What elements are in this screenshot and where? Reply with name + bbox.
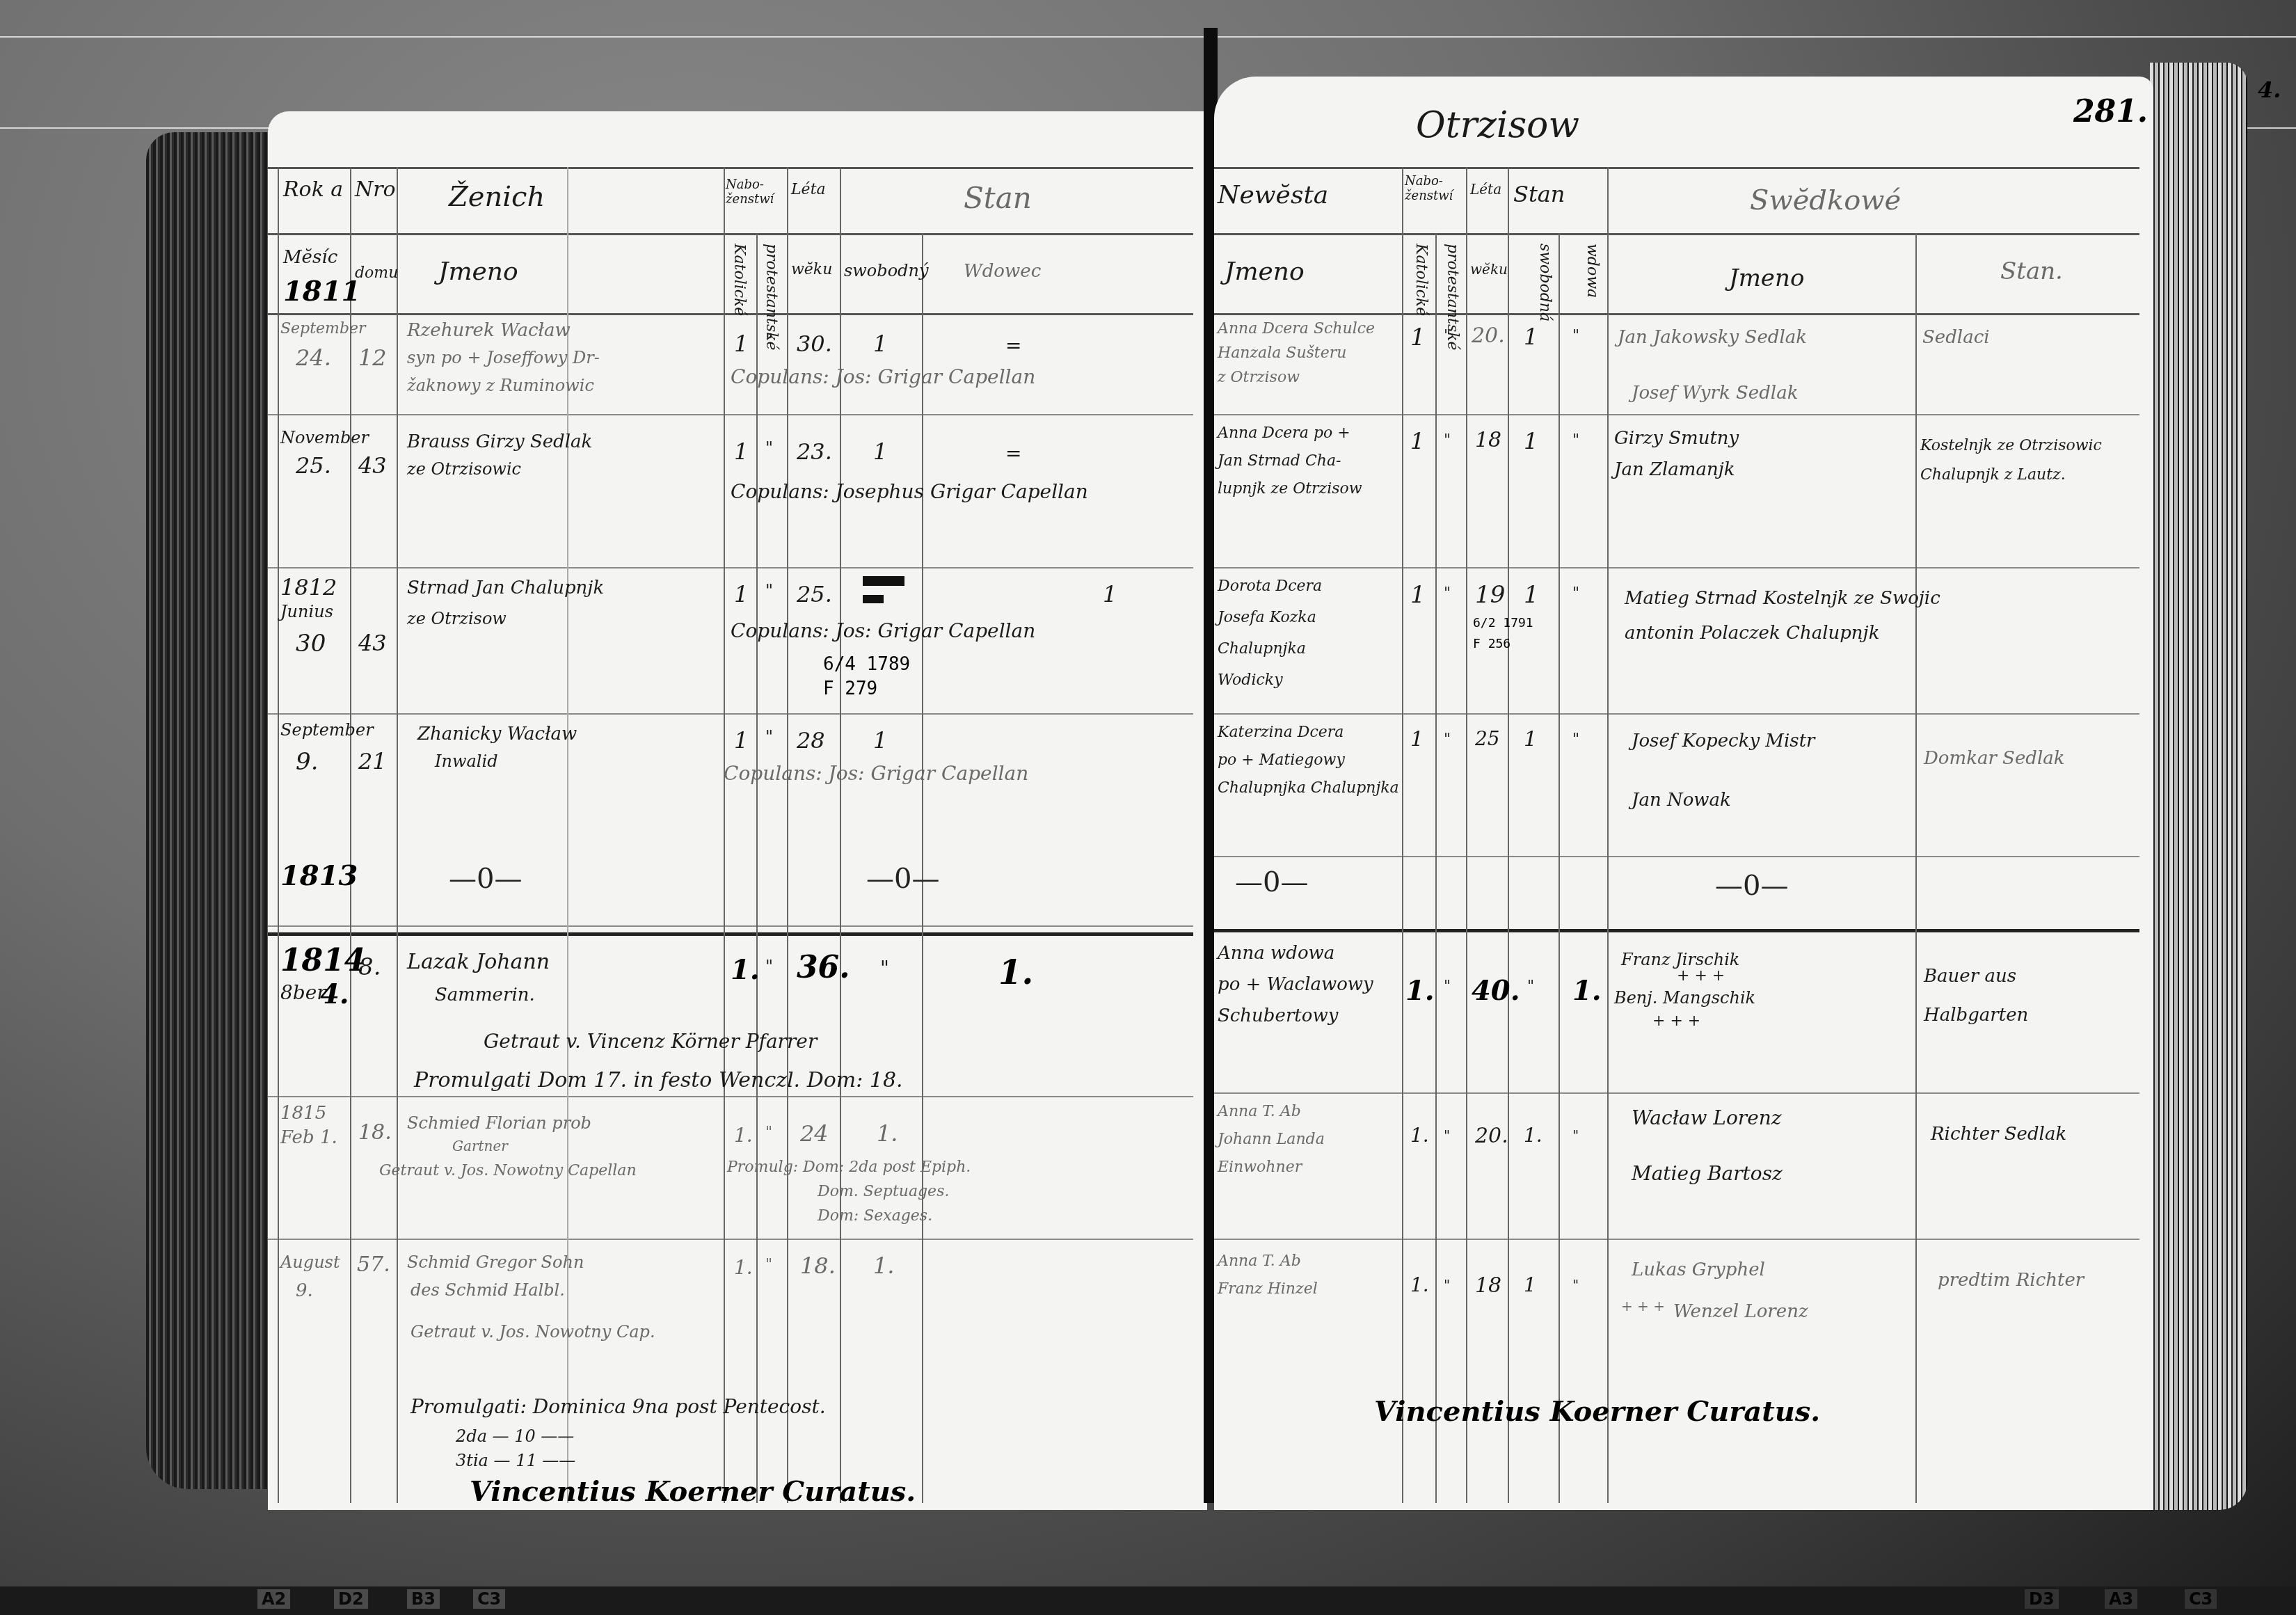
- header-vdovec: Wdowec: [964, 261, 1041, 282]
- header-rule: [1214, 167, 2139, 169]
- entry-annotation: 6/2 1791: [1473, 616, 1533, 630]
- entry-officiant: Copulans: Josephus Grigar Capellan: [731, 480, 1088, 503]
- entry-witness-status: predtim Richter: [1938, 1259, 2119, 1301]
- header-stav: Stan: [1513, 181, 1565, 207]
- empty-marker: —0—: [1715, 870, 1788, 902]
- entry-age: 25: [1475, 727, 1500, 750]
- entry-note: Promulg: Dom: 2da post Epiph.: [727, 1159, 971, 1176]
- entry-single: 1: [873, 331, 887, 357]
- film-mark: A2: [257, 1589, 290, 1609]
- entry-witness-status: Richter Sedlak: [1931, 1106, 2098, 1162]
- entry-year: 1812: [280, 574, 337, 600]
- entry-groom-line: des Schmid Halbl.: [410, 1280, 565, 1300]
- header-svobodny: swobodný: [844, 261, 929, 280]
- entry-bride-line: po + Matiegowy: [1218, 751, 1345, 769]
- entry-age: 18.: [800, 1252, 836, 1279]
- column-rule: [1466, 167, 1467, 1503]
- header-svedek-jmeno: Jmeno: [1729, 264, 1804, 292]
- header-rule: [1214, 233, 2139, 235]
- entry-month: September: [280, 320, 366, 337]
- entry-year: 1813: [280, 859, 358, 892]
- empty-marker: —0—: [866, 863, 939, 895]
- entry-bride-line: Anna T. Ab: [1218, 1103, 1301, 1120]
- entry-bride-line: Jan Strnad Cha-: [1218, 452, 1341, 470]
- entry-groom-line: Lazak Johann: [407, 950, 550, 974]
- header-mesic: Mĕsíc: [283, 247, 337, 268]
- scan-artifact-line: [0, 36, 2296, 38]
- row-rule: [268, 713, 1193, 715]
- entry-catholic: 1: [1410, 727, 1424, 751]
- entry-protestant: ": [1444, 978, 1451, 995]
- entry-house-no: 18.: [358, 1120, 392, 1145]
- entry-groom-line: Rzehurek Wacław: [407, 320, 571, 341]
- header-katolicke: Katolické: [731, 244, 748, 316]
- header-svobodna: swobodná: [1536, 244, 1554, 321]
- struck-out-mark: [863, 595, 884, 603]
- entry-groom-line: žaknowy z Ruminowic: [407, 376, 594, 395]
- entry-groom-line: ze Otrzisow: [407, 609, 507, 628]
- row-rule: [268, 1239, 1193, 1240]
- entry-witness: Jan Zlamanjk: [1614, 459, 1735, 480]
- entry-bride-line: lupnjk ze Otrzisow: [1218, 480, 1362, 498]
- entry-note: Promulgati: Dominica 9na post Pentecost.: [410, 1395, 826, 1418]
- entry-officiant: Copulans: Jos: Grigar Capellan: [731, 619, 1035, 642]
- entry-witness-status: Domkar Sedlak: [1924, 731, 2119, 786]
- page-number: 281.: [2073, 94, 2148, 129]
- microfilm-strip: A2 D2 B3 C3 D3 A3 C3: [0, 1586, 2296, 1615]
- entry-month: September: [280, 720, 374, 740]
- entry-groom-line: Brauss Girzy Sedlak: [407, 431, 592, 452]
- entry-catholic: 1: [1410, 428, 1424, 454]
- entry-age: 20.: [1472, 324, 1505, 348]
- column-rule: [756, 233, 758, 1503]
- entry-protestant: ": [1444, 1277, 1450, 1294]
- witness-cross-marks: + + +: [1652, 1012, 1700, 1030]
- entry-note: Dom. Septuages.: [818, 1183, 949, 1200]
- header-year: 1811: [283, 275, 360, 308]
- entry-groom-line: Strnad Jan Chalupnjk: [407, 578, 604, 598]
- column-rule: [1558, 233, 1560, 1503]
- entry-catholic: 1.: [734, 1124, 753, 1147]
- row-rule: [1214, 567, 2139, 568]
- entry-single: 1: [1524, 1273, 1536, 1296]
- entry-widow: ": [1572, 731, 1579, 748]
- entry-month: August: [280, 1252, 340, 1272]
- right-page: Otrzisow 281. Newĕsta Jmeno Nabo-ženstwí…: [1214, 77, 2153, 1510]
- entry-witness-status: Bauer aus Halbgarten: [1924, 957, 2105, 1035]
- entry-catholic: 1.: [731, 953, 760, 986]
- entry-bride-line: Josefa Kozka: [1218, 609, 1316, 626]
- entry-bride-line: z Otrzisow: [1218, 369, 1300, 386]
- entry-single: 1: [873, 438, 887, 465]
- entry-age: 25.: [797, 581, 832, 607]
- entry-catholic: 1: [1410, 581, 1426, 609]
- header-rule: [268, 167, 1193, 169]
- column-rule: [1607, 167, 1609, 1503]
- header-leta: Léta: [791, 181, 826, 198]
- entry-year: 1815: [280, 1103, 326, 1124]
- entry-groom-line: syn po + Joseffowy Dr-: [407, 348, 600, 367]
- entry-widower: 1: [1103, 581, 1117, 607]
- entry-bride-line: Chalupnjka: [1218, 640, 1306, 658]
- curate-signature: Vincentius Koerner Curatus.: [1374, 1395, 1820, 1428]
- entry-note: 3tia — 11 ——: [456, 1451, 575, 1470]
- header-leta: Léta: [1470, 181, 1501, 198]
- column-rule: [1508, 167, 1509, 1503]
- witness-cross-marks: + + +: [1677, 967, 1725, 985]
- column-rule: [1402, 167, 1403, 1503]
- column-rule: [567, 167, 568, 1503]
- film-mark: A3: [2105, 1589, 2137, 1609]
- entry-protestant: ": [765, 438, 773, 458]
- entry-protestant: ": [1444, 1127, 1450, 1144]
- entry-bride-line: Katerzina Dcera: [1218, 724, 1344, 741]
- entry-age: 20.: [1475, 1124, 1508, 1148]
- column-rule: [724, 167, 725, 1503]
- entry-single: 1.: [1524, 1124, 1542, 1147]
- entry-age: 18: [1475, 1273, 1501, 1298]
- edge-mark: 4.: [2258, 77, 2281, 103]
- entry-catholic: 1: [1410, 324, 1426, 351]
- entry-witness: Lukas Gryphel: [1632, 1259, 1765, 1280]
- header-stav: Stan: [964, 181, 1032, 215]
- header-zenich: Ženich: [449, 181, 545, 213]
- entry-catholic: 1.: [1405, 974, 1435, 1007]
- entry-note: Getraut v. Jos. Nowotny Cap.: [410, 1322, 655, 1342]
- entry-protestant: ": [765, 581, 773, 600]
- row-rule: [1214, 414, 2139, 415]
- entry-groom-line: Sammerin.: [435, 985, 535, 1005]
- entry-widow: ": [1572, 1277, 1579, 1294]
- entry-day: 4.: [320, 978, 349, 1010]
- entry-widower: 1.: [998, 953, 1033, 992]
- entry-catholic: 1.: [1410, 1273, 1429, 1296]
- entry-house-no: 12: [358, 344, 387, 371]
- entry-groom-line: ze Otrzisowic: [407, 459, 521, 479]
- header-rule: [268, 233, 1193, 235]
- entry-note: 2da — 10 ——: [456, 1426, 574, 1446]
- entry-bride-line: Schubertowy: [1218, 1005, 1338, 1026]
- row-rule: [1214, 1092, 2139, 1094]
- entry-protestant: ": [1444, 731, 1451, 748]
- entry-single: 1: [873, 727, 887, 754]
- entry-protestant: ": [765, 1124, 772, 1141]
- entry-witness: Wacław Lorenz: [1632, 1106, 1782, 1129]
- entry-groom-line: Gartner: [452, 1138, 508, 1154]
- header-jmeno: Jmeno: [1225, 257, 1305, 286]
- witness-cross-marks: + + +: [1621, 1298, 1665, 1314]
- entry-age: 24: [800, 1120, 829, 1147]
- entry-single: 1: [1524, 581, 1539, 609]
- entry-witness: Matieg Strnad Kostelnjk ze Swojic: [1625, 588, 1940, 609]
- entry-witness: Benj. Mangschik: [1614, 988, 1755, 1008]
- entry-annotation: F 279: [823, 678, 877, 699]
- entry-widow: ": [1572, 584, 1579, 602]
- entry-groom-line: Schmid Gregor Sohn: [407, 1252, 584, 1272]
- column-rule: [1435, 233, 1437, 1503]
- film-mark: C3: [2185, 1589, 2217, 1609]
- entry-house-no: 8.: [358, 953, 381, 981]
- left-page: Rok a Mĕsíc 1811 Nro domu Ženich Jmeno N…: [268, 111, 1207, 1510]
- film-mark: C3: [473, 1589, 505, 1609]
- entry-note: Promulgati Dom 17. in festo Wenczl. Dom:…: [414, 1068, 903, 1092]
- entry-protestant: ": [765, 1256, 772, 1273]
- entry-catholic: 1.: [734, 1256, 753, 1279]
- entry-house-no: 43: [358, 452, 387, 479]
- entry-month: November: [280, 428, 369, 447]
- header-veku: wĕku: [791, 261, 832, 278]
- entry-protestant: ": [1444, 431, 1451, 449]
- entry-annotation: F 256: [1473, 637, 1510, 651]
- entry-protestant: ": [765, 957, 773, 976]
- entry-groom-line: Schmied Florian prob: [407, 1113, 591, 1133]
- entry-groom-line: Zhanicky Wacław: [417, 724, 577, 745]
- entry-bride-line: Einwohner: [1218, 1159, 1302, 1176]
- film-mark: B3: [407, 1589, 440, 1609]
- entry-protestant: ": [765, 727, 773, 747]
- entry-bride-line: Dorota Dcera: [1218, 578, 1322, 595]
- header-nabozenstvi: Nabo-ženstwí: [726, 177, 785, 207]
- entry-age: 23.: [797, 438, 832, 465]
- row-rule: [268, 1096, 1193, 1097]
- entry-single: 1: [1524, 428, 1538, 454]
- entry-witness: antonin Polaczek Chalupnjk: [1625, 623, 1879, 644]
- entry-bride-line: Franz Hinzel: [1218, 1280, 1318, 1298]
- entry-bride-line: Chalupnjka Chalupnjka: [1218, 779, 1399, 797]
- row-rule: [1214, 929, 2139, 932]
- column-rule: [350, 167, 351, 1503]
- entry-bride-line: Anna wdowa: [1218, 943, 1334, 964]
- entry-catholic: 1: [734, 438, 748, 465]
- header-svedkove: Swĕdkowé: [1750, 184, 1901, 216]
- header-nabozenstvi: Nabo-ženstwí: [1405, 174, 1464, 203]
- header-katolicke: Katolické: [1412, 244, 1430, 316]
- entry-year: 1814: [280, 943, 365, 978]
- struck-out-mark: [863, 576, 904, 586]
- book-fore-edge-right: [2150, 63, 2247, 1510]
- entry-widower: =: [1005, 334, 1021, 357]
- header-nevesta: Newĕsta: [1218, 181, 1328, 209]
- entry-bride-line: Anna Dcera Schulce: [1218, 320, 1375, 337]
- entry-groom-line: Inwalid: [435, 751, 498, 771]
- entry-age: 30.: [797, 331, 832, 357]
- entry-catholic: 1: [734, 727, 748, 754]
- row-rule: [1214, 1239, 2139, 1240]
- header-veku: wĕku: [1470, 261, 1508, 278]
- curate-signature: Vincentius Koerner Curatus.: [470, 1475, 916, 1508]
- entry-note: Getraut v. Vincenz Körner Pfarrer: [484, 1030, 817, 1053]
- entry-catholic: 1.: [1410, 1124, 1429, 1147]
- entry-protestant: ": [1444, 327, 1451, 344]
- row-rule: [268, 414, 1193, 415]
- entry-witness: Girzy Smutny: [1614, 428, 1739, 449]
- film-mark: D2: [334, 1589, 368, 1609]
- entry-catholic: 1: [734, 331, 748, 357]
- entry-witness: Franz Jirschik: [1621, 950, 1739, 969]
- entry-day: 24.: [296, 344, 331, 371]
- header-cislo-sub: domu: [355, 264, 398, 282]
- row-rule: [268, 567, 1193, 568]
- entry-age: 28: [797, 727, 825, 754]
- book-fore-edge-left: [146, 132, 271, 1489]
- entry-bride-line: Johann Landa: [1218, 1131, 1325, 1148]
- entry-bride-line: po + Waclawowy: [1218, 974, 1373, 995]
- entry-month: Feb: [280, 1127, 314, 1148]
- empty-marker: —0—: [449, 863, 522, 895]
- entry-single: 1.: [873, 1252, 895, 1279]
- entry-bride-line: Wodicky: [1218, 671, 1283, 689]
- entry-single: 1: [1524, 727, 1537, 751]
- parish-heading: Otrzisow: [1416, 104, 1579, 146]
- entry-witness-status: Sedlaci: [1922, 327, 1990, 348]
- entry-annotation: 6/4 1789: [823, 654, 910, 675]
- entry-note: Getraut v. Jos. Nowotny Capellan: [379, 1162, 637, 1179]
- entry-widower: =: [1005, 442, 1021, 465]
- empty-marker: —0—: [1235, 866, 1308, 898]
- entry-single: 1.: [877, 1120, 898, 1147]
- entry-officiant: Copulans: Jos: Grigar Capellan: [731, 365, 1035, 388]
- entry-age: 36.: [797, 950, 850, 985]
- film-mark: D3: [2025, 1589, 2059, 1609]
- entry-widow: ": [1572, 327, 1579, 344]
- entry-witness: Josef Wyrk Sedlak: [1632, 383, 1798, 404]
- entry-single: ": [880, 957, 889, 980]
- entry-widow: ": [1572, 1127, 1579, 1144]
- row-rule: [268, 925, 1193, 927]
- entry-day: 9.: [296, 748, 318, 776]
- column-rule: [278, 167, 279, 1503]
- entry-witness-status: Kostelnjk ze Otrzisowic Chalupnjk z Laut…: [1920, 431, 2129, 490]
- entry-single: 1: [1524, 324, 1538, 350]
- entry-note: Dom: Sexages.: [818, 1207, 932, 1225]
- row-rule: [1214, 856, 2139, 857]
- entry-officiant: Copulans: Jos: Grigar Capellan: [724, 762, 1028, 785]
- entry-protestant: ": [1444, 584, 1451, 602]
- header-vdova: wdowa: [1584, 244, 1601, 298]
- entry-witness: Jan Jakowsky Sedlak: [1618, 327, 1807, 348]
- entry-day: 9.: [296, 1280, 313, 1301]
- entry-day: 1.: [320, 1127, 337, 1148]
- entry-month: Junius: [280, 602, 333, 621]
- entry-widow: 1.: [1572, 974, 1602, 1007]
- entry-catholic: 1: [734, 581, 748, 607]
- column-rule: [397, 167, 398, 1503]
- entry-protestant: ": [765, 331, 773, 350]
- entry-bride-line: Anna Dcera po +: [1218, 424, 1350, 442]
- entry-witness: Josef Kopecky Mistr: [1632, 731, 1815, 751]
- row-rule: [268, 932, 1193, 936]
- header-svedek-stav: Stan.: [2000, 257, 2063, 285]
- entry-witness: Wenzel Lorenz: [1673, 1301, 1808, 1322]
- entry-month: 8ber: [280, 981, 326, 1004]
- entry-bride-line: Anna T. Ab: [1218, 1252, 1301, 1270]
- entry-day: 25.: [296, 452, 331, 479]
- entry-bride-line: Hanzala Sušteru: [1218, 344, 1346, 362]
- entry-age: 19: [1475, 581, 1505, 609]
- entry-witness: Jan Nowak: [1632, 790, 1731, 811]
- entry-house-no: 43: [358, 630, 387, 656]
- header-rule: [1214, 313, 2139, 315]
- column-rule: [1915, 233, 1917, 1503]
- header-rok: Rok a: [283, 177, 343, 202]
- header-jmeno: Jmeno: [438, 257, 518, 286]
- entry-day: 30: [296, 630, 326, 658]
- entry-house-no: 57.: [357, 1252, 390, 1277]
- entry-house-no: 21: [358, 748, 387, 774]
- row-rule: [1214, 713, 2139, 715]
- entry-witness: Matieg Bartosz: [1632, 1162, 1783, 1185]
- entry-age: 18: [1475, 428, 1501, 452]
- entry-age: 40.: [1472, 974, 1520, 1007]
- header-cislo: Nro: [355, 177, 396, 202]
- entry-single: ": [1527, 978, 1534, 995]
- entry-widow: ": [1572, 431, 1579, 449]
